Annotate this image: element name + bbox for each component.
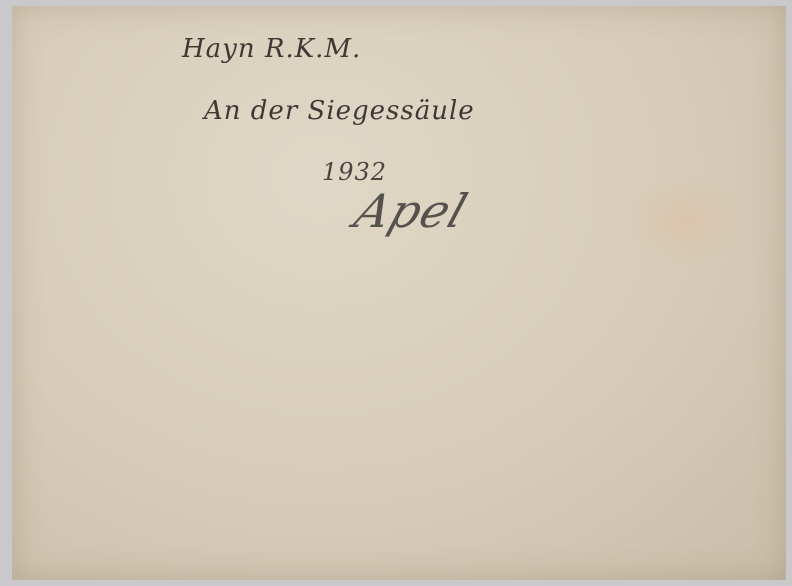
signature: Apel (348, 184, 474, 238)
handwritten-line-2: An der Siegessäule (204, 96, 475, 126)
paper-stain (626, 176, 746, 266)
handwritten-line-1: Hayn R.K.M. (182, 34, 361, 64)
handwritten-year: 1932 (322, 158, 387, 186)
card: Hayn R.K.M. An der Siegessäule 1932 Apel (12, 6, 786, 580)
